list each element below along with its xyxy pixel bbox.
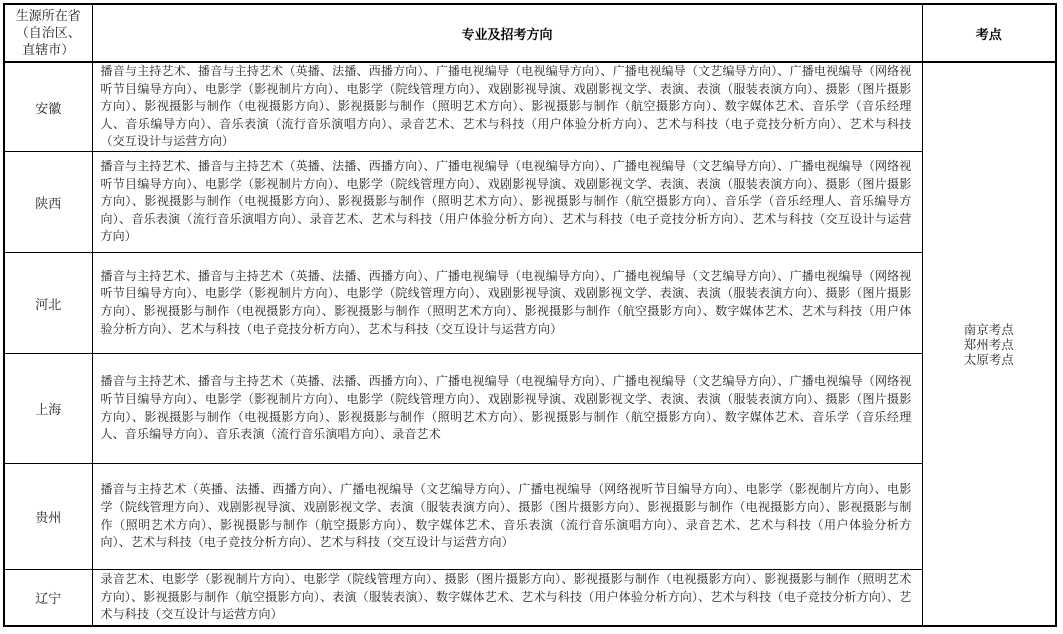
table-row: 安徽 播音与主持艺术、播音与主持艺术（英播、法播、西播方向）、广播电视编导（电视… (4, 62, 1056, 152)
table-row: 上海 播音与主持艺术、播音与主持艺术（英播、法播、西播方向）、广播电视编导（电视… (4, 354, 1056, 464)
majors-cell: 播音与主持艺术、播音与主持艺术（英播、法播、西播方向）、广播电视编导（电视编导方… (92, 354, 922, 464)
exam-site-zhengzhou: 郑州考点 (923, 337, 1056, 352)
majors-cell: 播音与主持艺术、播音与主持艺术（英播、法播、西播方向）、广播电视编导（电视编导方… (92, 253, 922, 354)
table-row: 河北 播音与主持艺术、播音与主持艺术（英播、法播、西播方向）、广播电视编导（电视… (4, 253, 1056, 354)
province-cell: 陕西 (4, 152, 92, 253)
header-exam-site: 考点 (922, 4, 1056, 62)
province-cell: 贵州 (4, 464, 92, 570)
header-province: 生源所在省 （自治区、 直辖市） (4, 4, 92, 62)
majors-cell: 播音与主持艺术、播音与主持艺术（英播、法播、西播方向）、广播电视编导（电视编导方… (92, 152, 922, 253)
table-header-row: 生源所在省 （自治区、 直辖市） 专业及招考方向 考点 (4, 4, 1056, 62)
exam-site-taiyuan: 太原考点 (923, 352, 1056, 367)
province-cell: 河北 (4, 253, 92, 354)
province-cell: 辽宁 (4, 570, 92, 627)
province-cell: 安徽 (4, 62, 92, 152)
table-row: 贵州 播音与主持艺术（英播、法播、西播方向）、广播电视编导（文艺编导方向）、广播… (4, 464, 1056, 570)
exam-site-nanjing: 南京考点 (923, 322, 1056, 337)
majors-cell: 播音与主持艺术、播音与主持艺术（英播、法播、西播方向）、广播电视编导（电视编导方… (92, 62, 922, 152)
province-cell: 上海 (4, 354, 92, 464)
admissions-table: 生源所在省 （自治区、 直辖市） 专业及招考方向 考点 安徽 播音与主持艺术、播… (3, 3, 1057, 627)
majors-cell: 录音艺术、电影学（影视制片方向）、电影学（院线管理方向）、摄影（图片摄影方向）、… (92, 570, 922, 627)
majors-cell: 播音与主持艺术（英播、法播、西播方向）、广播电视编导（文艺编导方向）、广播电视编… (92, 464, 922, 570)
header-majors: 专业及招考方向 (92, 4, 922, 62)
table-row: 辽宁 录音艺术、电影学（影视制片方向）、电影学（院线管理方向）、摄影（图片摄影方… (4, 570, 1056, 627)
exam-site-cell: 南京考点 郑州考点 太原考点 (922, 62, 1056, 626)
table-row: 陕西 播音与主持艺术、播音与主持艺术（英播、法播、西播方向）、广播电视编导（电视… (4, 152, 1056, 253)
